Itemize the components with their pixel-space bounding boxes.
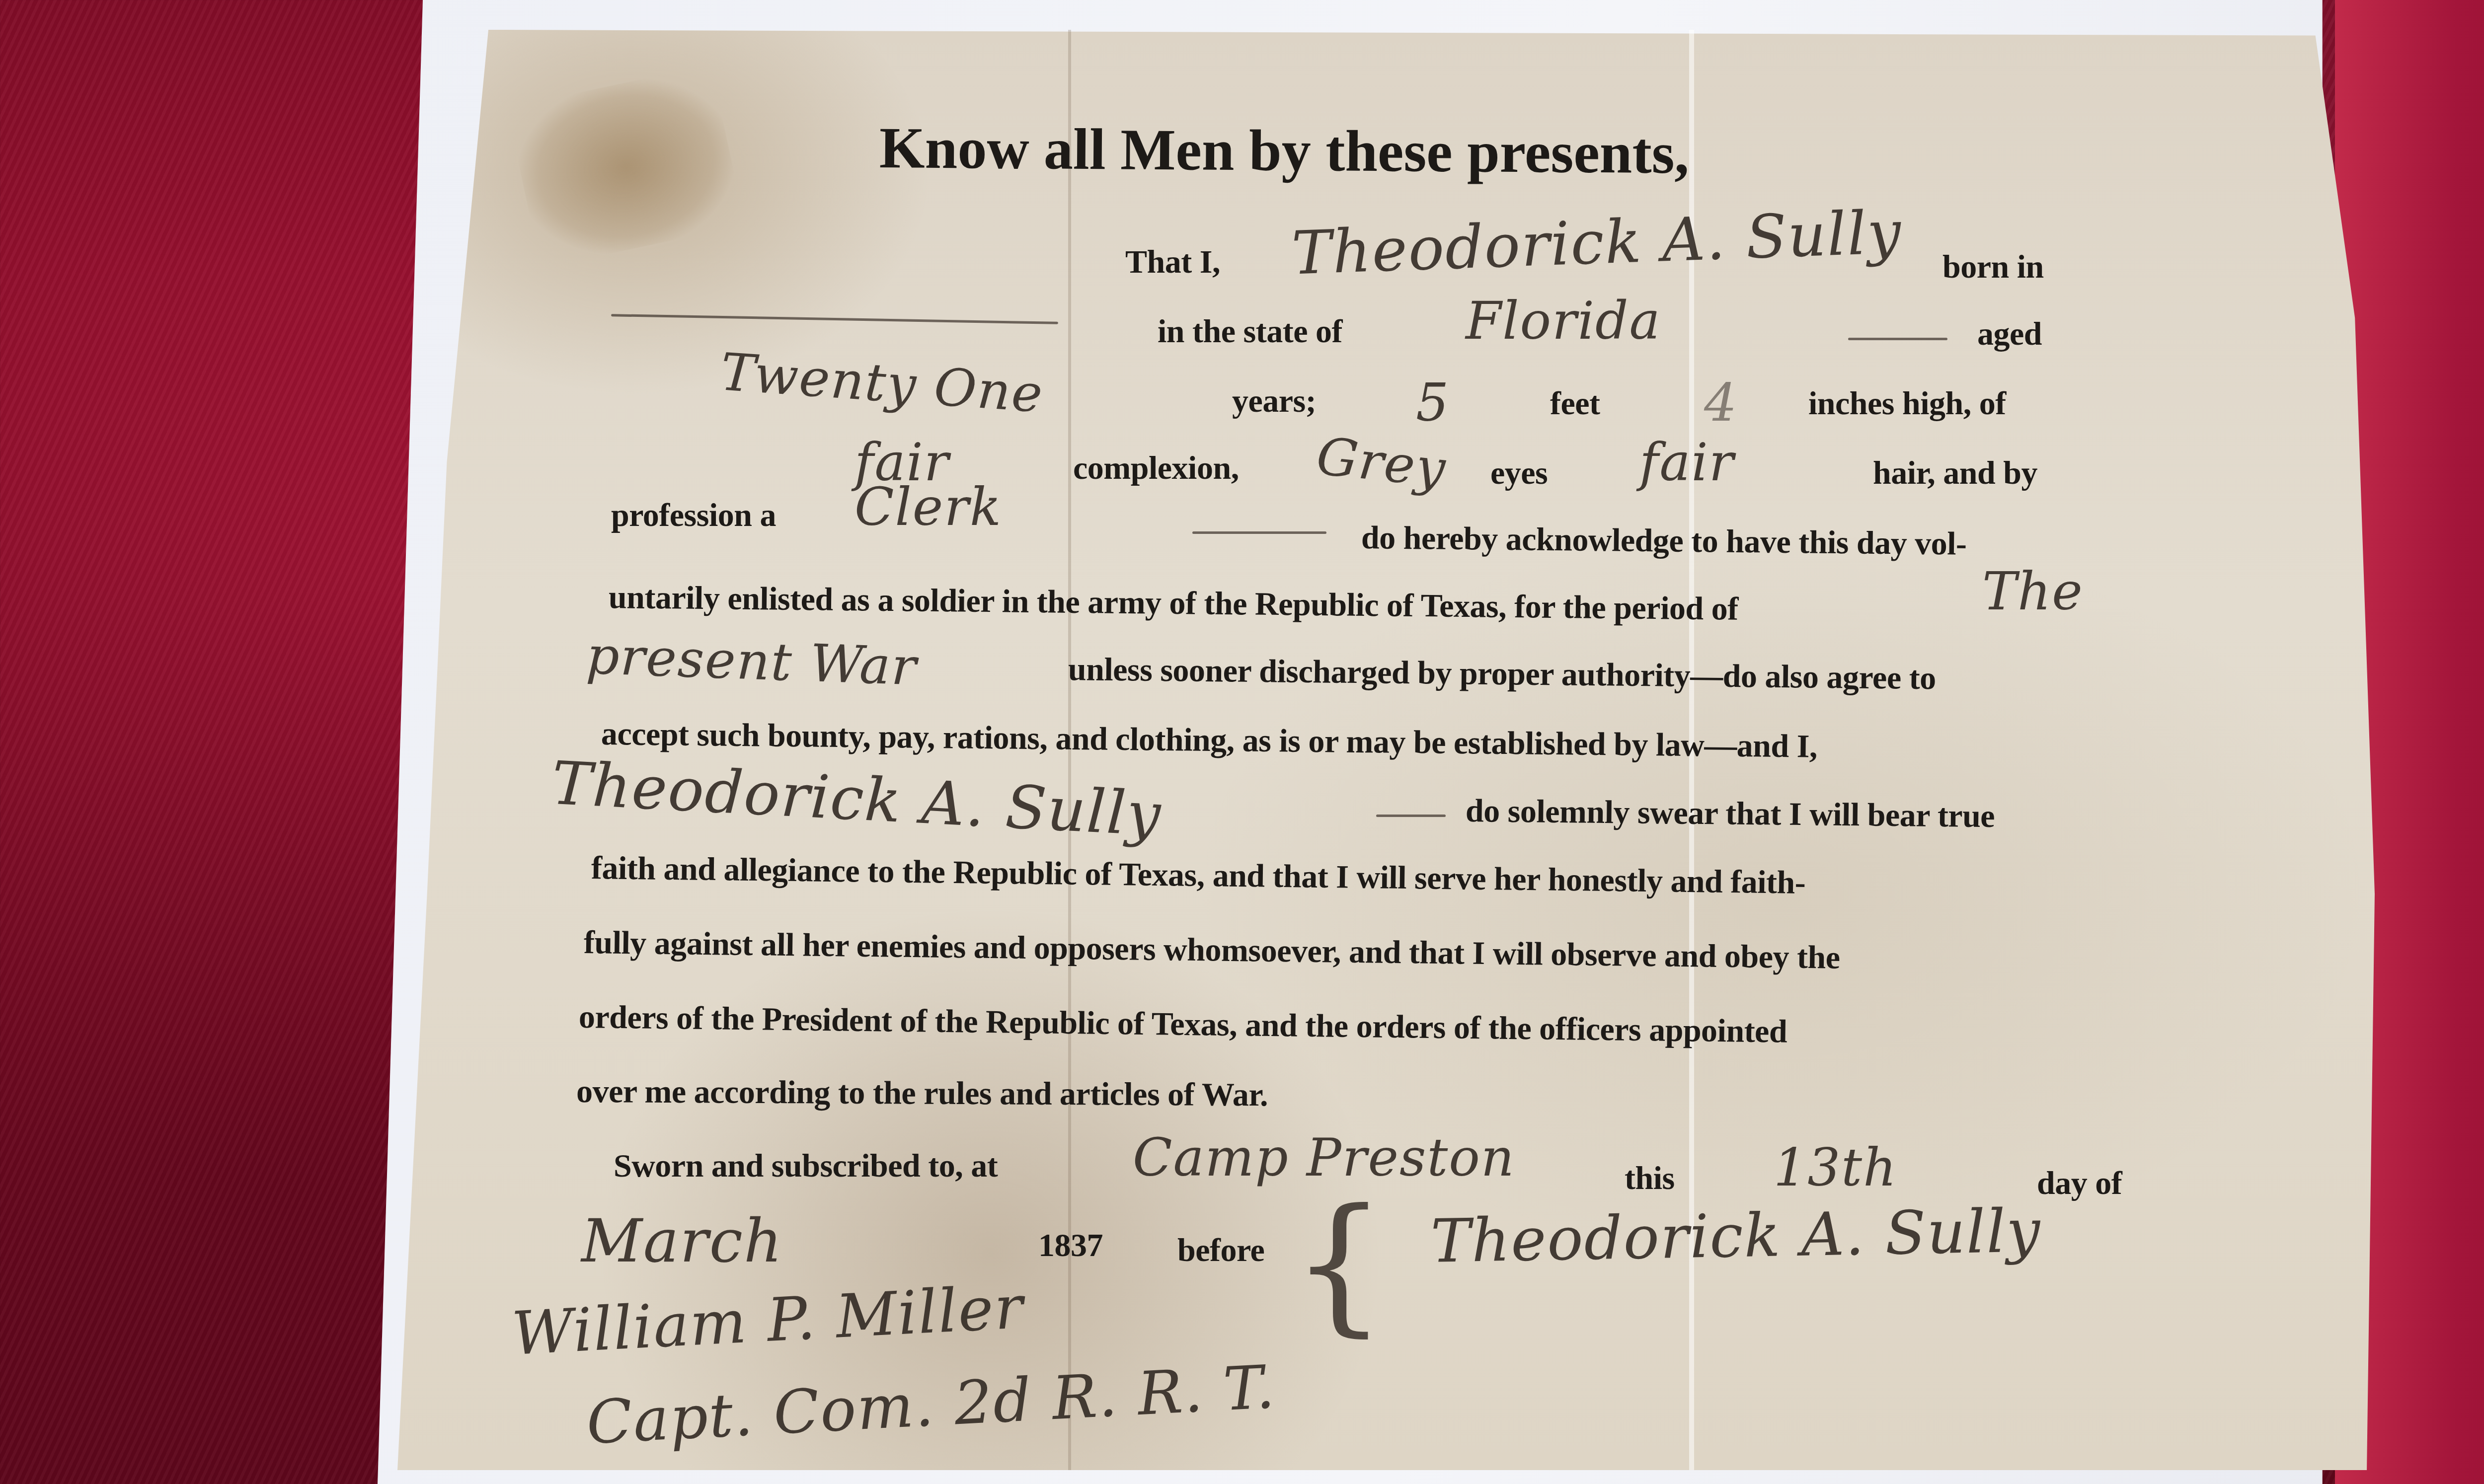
handwritten-name-2: Theodorick A. Sully — [550, 749, 1163, 850]
text-before: before — [1177, 1232, 1264, 1269]
document-title: Know all Men by these presents, — [879, 114, 1690, 187]
handwritten-period-2: present War — [585, 625, 918, 697]
handwritten-officer-name: William P. Miller — [510, 1273, 1025, 1369]
text-line-13: over me according to the rules and artic… — [576, 1073, 1268, 1114]
handwritten-signature: Theodorick A. Sully — [1430, 1196, 2042, 1276]
text-profession-a: profession a — [611, 497, 776, 534]
handwritten-officer-title: Capt. Com. 2d R. R. T. — [585, 1353, 1277, 1458]
text-that-i: That I, — [1125, 243, 1220, 281]
text-line-9: do solemnly swear that I will bear true — [1466, 792, 1995, 835]
text-day-of: day of — [2037, 1165, 2122, 1202]
handwritten-age: Twenty One — [719, 341, 1046, 424]
text-line-8: accept such bounty, pay, rations, and cl… — [601, 715, 1818, 766]
curly-brace-mark: { — [1292, 1177, 1387, 1350]
text-this: this — [1625, 1160, 1675, 1197]
text-born-in: born in — [1942, 248, 2044, 286]
handwritten-name: Theodorick A. Sully — [1291, 198, 1903, 289]
handwritten-inches: 4 — [1704, 372, 1738, 433]
text-do-hereby-acknowledge: do hereby acknowledge to have this day v… — [1361, 519, 1967, 563]
text-line-6: untarily enlisted as a soldier in the ar… — [609, 579, 1738, 628]
text-feet: feet — [1550, 385, 1600, 423]
blank-line-profession — [1192, 531, 1326, 534]
blank-line-state — [1848, 338, 1947, 340]
handwritten-hair: fair — [1639, 432, 1734, 493]
enlistment-document: Know all Men by these presents, That I, … — [0, 0, 2484, 1484]
handwritten-month: March — [581, 1207, 783, 1276]
text-years: years; — [1232, 382, 1316, 420]
text-hair-and-by: hair, and by — [1873, 454, 2037, 492]
handwritten-eyes: Grey — [1314, 426, 1449, 500]
text-inches-high-of: inches high, of — [1808, 385, 2006, 423]
text-line-10: faith and allegiance to the Republic of … — [591, 849, 1806, 902]
blank-line-birthplace — [611, 314, 1058, 324]
text-in-the-state-of: in the state of — [1158, 313, 1342, 351]
handwritten-profession: Clerk — [854, 477, 1002, 537]
handwritten-state: Florida — [1466, 291, 1661, 351]
handwritten-period-1: The — [1982, 561, 2084, 622]
text-complexion: complexion, — [1073, 449, 1239, 487]
text-year-1837: 1837 — [1038, 1227, 1103, 1264]
text-aged: aged — [1977, 315, 2042, 353]
text-line-12: orders of the President of the Republic … — [579, 998, 1787, 1051]
handwritten-feet: 5 — [1416, 372, 1450, 433]
handwritten-day: 13th — [1774, 1137, 1897, 1198]
blank-line-name-2 — [1376, 815, 1446, 817]
text-sworn-and-subscribed: Sworn and subscribed to, at — [614, 1147, 998, 1185]
text-line-7: unless sooner discharged by proper autho… — [1068, 651, 1936, 697]
text-line-11: fully against all her enemies and oppose… — [584, 924, 1840, 977]
text-eyes: eyes — [1490, 454, 1548, 492]
